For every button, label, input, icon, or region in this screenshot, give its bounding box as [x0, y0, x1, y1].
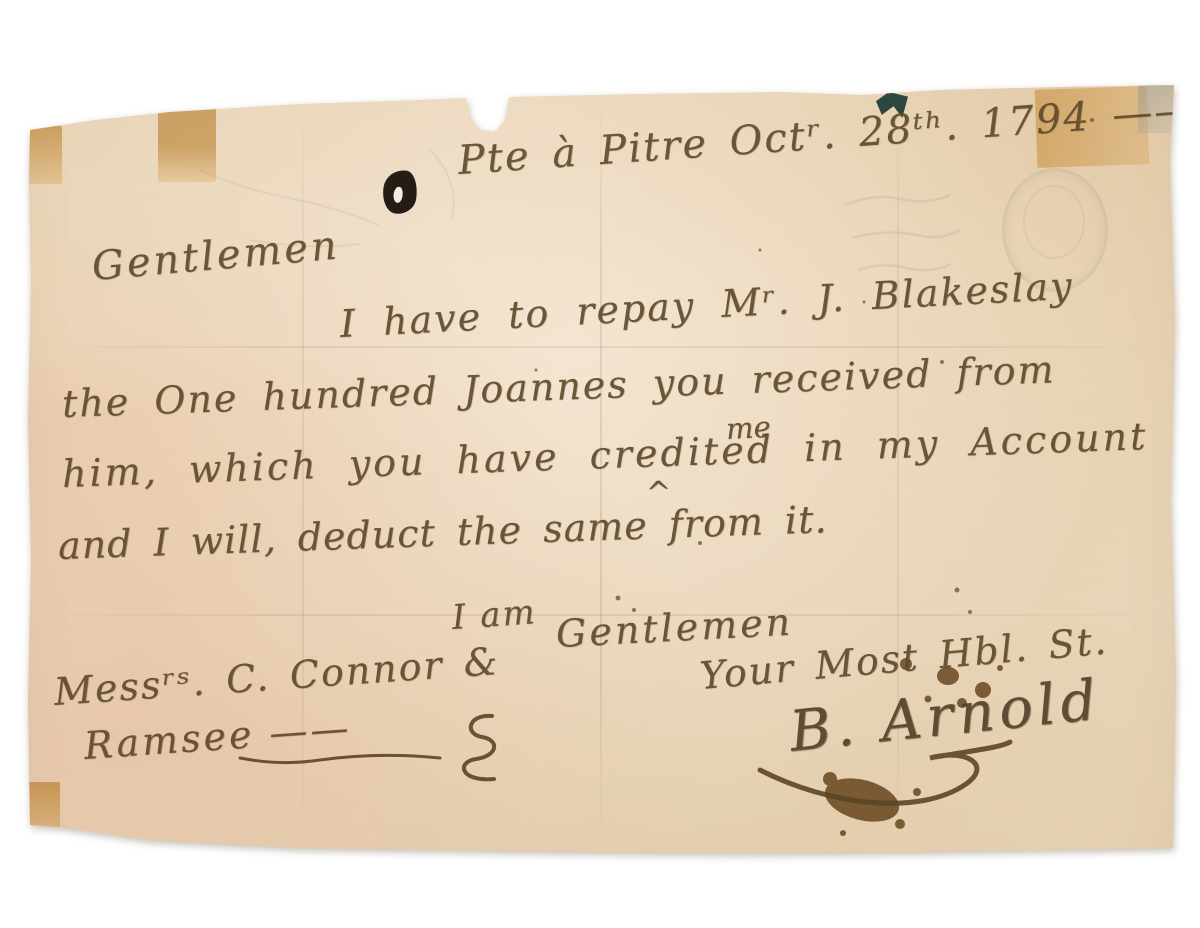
tape-residue-top-left — [158, 102, 216, 182]
bleed-through-marks — [845, 195, 960, 270]
paper-speck — [393, 186, 404, 203]
letter-scan: Pte à Pitre Octʳ. 28ᵗʰ. 1794 —— Gentleme… — [0, 0, 1200, 928]
address-line-2: Ramsee —— — [82, 705, 352, 768]
closing-i-am: I am — [451, 592, 538, 638]
body-line-4: and I will, deduct the same from it. — [57, 497, 828, 568]
tape-residue-top-left-edge — [28, 126, 62, 184]
fold-crease-horizontal — [32, 346, 1170, 348]
body-line-2: the One hundred Joannes you received fro… — [61, 347, 1056, 426]
paper-shadow-wrap: Pte à Pitre Octʳ. 28ᵗʰ. 1794 —— Gentleme… — [0, 0, 1200, 928]
body-line-1: I have to repay Mʳ. J. Blakeslay — [339, 264, 1075, 346]
ink-hole-blob — [380, 168, 420, 216]
paper-sheet: Pte à Pitre Octʳ. 28ᵗʰ. 1794 —— Gentleme… — [0, 0, 1200, 928]
dateline: Pte à Pitre Octʳ. 28ᵗʰ. 1794 —— — [456, 86, 1197, 183]
tape-residue-bottom-left — [20, 782, 60, 828]
closing-gentlemen: Gentlemen — [555, 600, 794, 656]
body-line-3: him, which you have credited in my Accou… — [61, 414, 1149, 496]
address-line-1: Messʳˢ. C. Connor & — [52, 639, 500, 714]
